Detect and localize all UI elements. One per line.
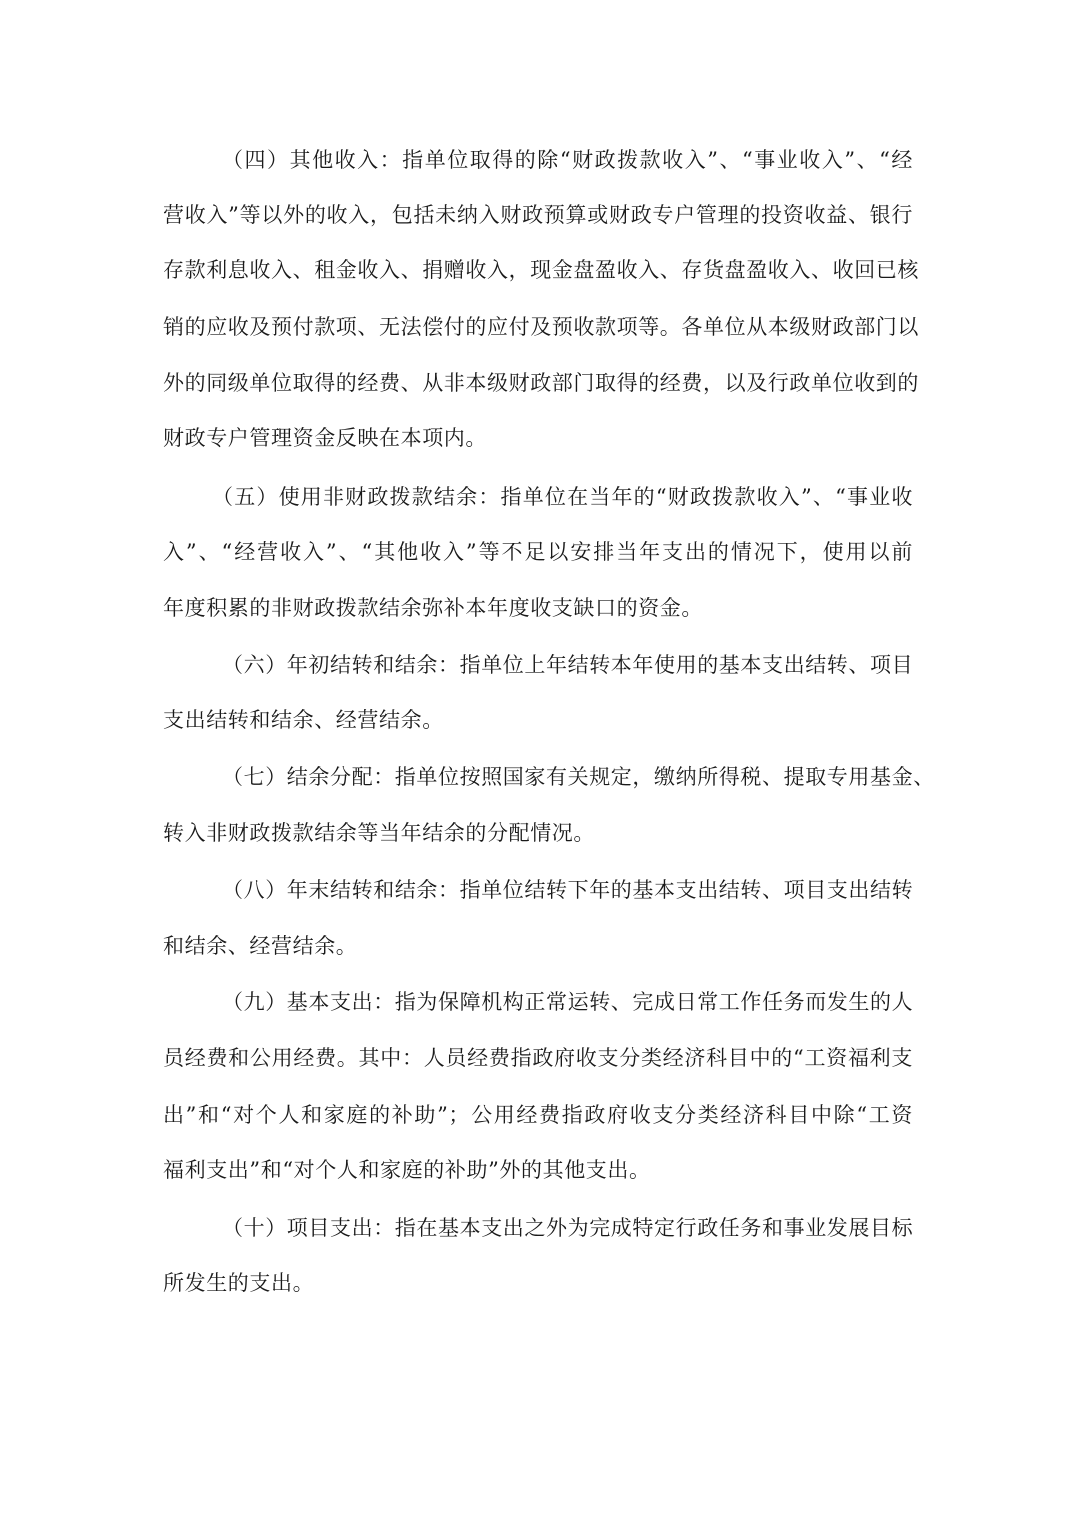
text-line: （十）项目支出：指在基本支出之外为完成特定行政任务和事业发展目标 — [222, 1213, 913, 1243]
text-line: 销的应收及预付款项、无法偿付的应付及预收款项等。各单位从本级财政部门以 — [163, 312, 913, 342]
text-line: （八）年末结转和结余：指单位结转下年的基本支出结转、项目支出结转 — [222, 875, 913, 905]
text-line: （四）其他收入：指单位取得的除“财政拨款收入”、“事业收入”、“经 — [222, 145, 913, 175]
text-line: 所发生的支出。 — [163, 1268, 913, 1298]
text-line: 支出结转和结余、经营结余。 — [163, 705, 913, 735]
text-line: 福利支出”和“对个人和家庭的补助”外的其他支出。 — [163, 1155, 913, 1185]
text-line: （五）使用非财政拨款结余：指单位在当年的“财政拨款收入”、“事业收 — [212, 482, 913, 512]
text-line: 转入非财政拨款结余等当年结余的分配情况。 — [163, 818, 913, 848]
text-line: 外的同级单位取得的经费、从非本级财政部门取得的经费，以及行政单位收到的 — [163, 368, 913, 398]
text-line: （七）结余分配：指单位按照国家有关规定，缴纳所得税、提取专用基金、 — [222, 762, 913, 792]
text-line: 出”和“对个人和家庭的补助”；公用经费指政府收支分类经济科目中除“工资 — [163, 1100, 913, 1130]
text-line: （九）基本支出：指为保障机构正常运转、完成日常工作任务而发生的人 — [222, 987, 913, 1017]
text-line: 营收入”等以外的收入，包括未纳入财政预算或财政专户管理的投资收益、银行 — [163, 200, 913, 230]
text-line: 年度积累的非财政拨款结余弥补本年度收支缺口的资金。 — [163, 593, 913, 623]
text-line: （六）年初结转和结余：指单位上年结转本年使用的基本支出结转、项目 — [222, 650, 913, 680]
text-line: 员经费和公用经费。其中：人员经费指政府收支分类经济科目中的“工资福利支 — [163, 1043, 913, 1073]
document-page: （四）其他收入：指单位取得的除“财政拨款收入”、“事业收入”、“经 营收入”等以… — [0, 0, 1074, 1520]
text-line: 财政专户管理资金反映在本项内。 — [163, 423, 913, 453]
text-line: 和结余、经营结余。 — [163, 931, 913, 961]
text-line: 入”、“经营收入”、“其他收入”等不足以安排当年支出的情况下，使用以前 — [163, 537, 913, 567]
text-line: 存款利息收入、租金收入、捐赠收入，现金盘盈收入、存货盘盈收入、收回已核 — [163, 255, 913, 285]
